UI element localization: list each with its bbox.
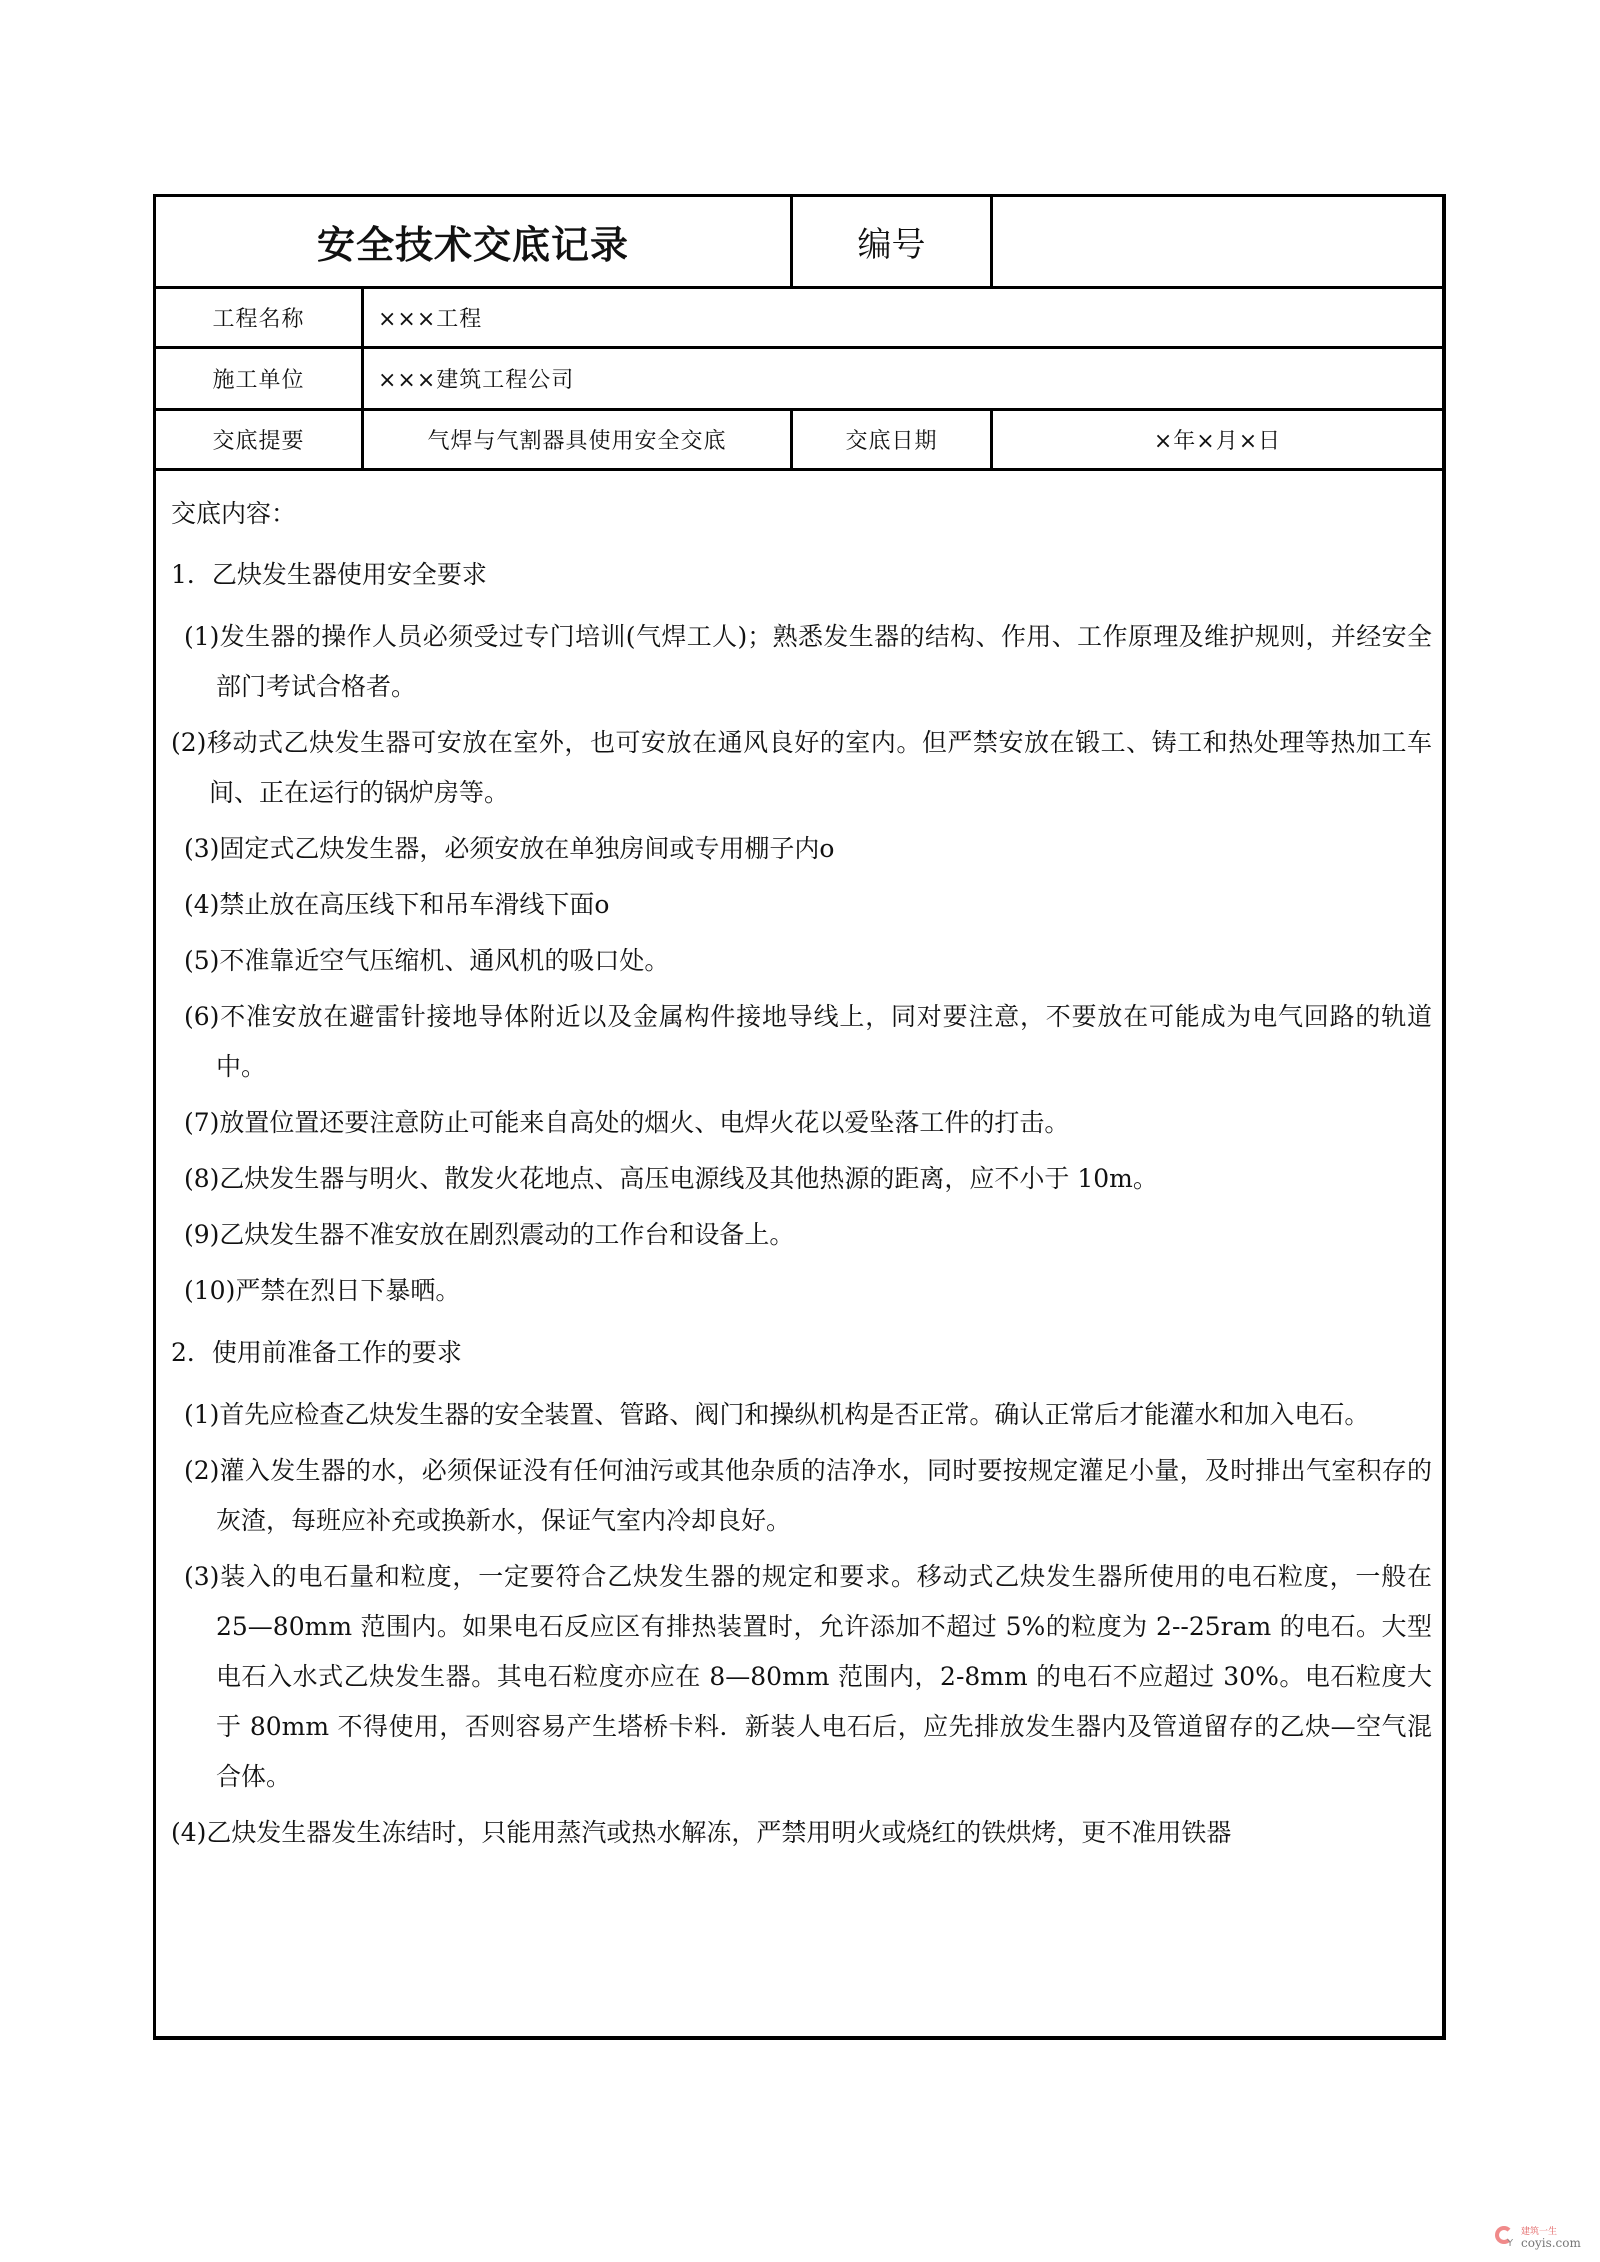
list-item: (10)严禁在烈日下暴晒。	[171, 1266, 1432, 1316]
list-item: (8)乙炔发生器与明火、散发火花地点、高压电源线及其他热源的距离，应不小于 10…	[171, 1154, 1432, 1204]
list-item: (2)移动式乙炔发生器可安放在室外，也可安放在通风良好的室内。但严禁安放在锻工、…	[171, 718, 1432, 818]
code-value-cell[interactable]	[990, 197, 1442, 286]
list-item: (3)装入的电石量和粒度，一定要符合乙炔发生器的规定和要求。移动式乙炔发生器所使…	[171, 1552, 1432, 1802]
date-label: 交底日期	[845, 424, 937, 455]
contractor-value: ×××建筑工程公司	[378, 363, 574, 394]
watermark-url-text: coyis.com	[1521, 2236, 1581, 2250]
list-item: (6)不准安放在避雷针接地导体附近以及金属构件接地导线上，同对要注意，不要放在可…	[171, 992, 1432, 1092]
list-item: (9)乙炔发生器不准安放在剧烈震动的工作台和设备上。	[171, 1210, 1432, 1260]
contractor-row: 施工单位 ×××建筑工程公司	[156, 349, 1442, 411]
summary-label: 交底提要	[212, 424, 304, 455]
list-item: (4)乙炔发生器发生冻结时，只能用蒸汽或热水解冻，严禁用明火或烧红的铁烘烤，更不…	[171, 1808, 1432, 1858]
contractor-label-cell: 施工单位	[156, 349, 361, 408]
list-item: (3)固定式乙炔发生器，必须安放在单独房间或专用棚子内ο	[171, 824, 1432, 874]
project-name-value: ×××工程	[378, 302, 482, 333]
list-item: (5)不准靠近空气压缩机、通风机的吸口处。	[171, 936, 1432, 986]
code-label-cell: 编号	[790, 197, 990, 286]
list-item: (1)首先应检查乙炔发生器的安全装置、管路、阀门和操纵机构是否正常。确认正常后才…	[171, 1390, 1432, 1440]
title-cell: 安全技术交底记录	[156, 197, 790, 286]
watermark-logo-y-icon: Y	[1507, 2238, 1513, 2249]
section-heading-1: 1．乙炔发生器使用安全要求	[171, 544, 1432, 606]
project-name-label-cell: 工程名称	[156, 289, 361, 346]
summary-value: 气焊与气割器具使用安全交底	[427, 424, 726, 455]
section-heading-2: 2．使用前准备工作的要求	[171, 1322, 1432, 1384]
contractor-label: 施工单位	[212, 363, 304, 394]
list-item: (4)禁止放在高压线下和吊车滑线下面ο	[171, 880, 1432, 930]
date-label-cell: 交底日期	[790, 411, 990, 468]
list-item: (7)放置位置还要注意防止可能来自高处的烟火、电焊火花以爱坠落工件的打击。	[171, 1098, 1432, 1148]
code-label: 编号	[858, 217, 926, 266]
list-item: (1)发生器的操作人员必须受过专门培训(气焊工人)；熟悉发生器的结构、作用、工作…	[171, 612, 1432, 712]
project-name-label: 工程名称	[212, 302, 304, 333]
list-item: (2)灌入发生器的水，必须保证没有任何油污或其他杂质的洁净水，同时要按规定灌足小…	[171, 1446, 1432, 1546]
date-value: ×年×月×日	[1154, 424, 1281, 455]
summary-value-cell[interactable]: 气焊与气割器具使用安全交底	[361, 411, 790, 468]
summary-row: 交底提要 气焊与气割器具使用安全交底 交底日期 ×年×月×日	[156, 411, 1442, 471]
date-value-cell[interactable]: ×年×月×日	[990, 411, 1442, 468]
document-title: 安全技术交底记录	[317, 214, 629, 269]
content-heading: 交底内容：	[171, 484, 1432, 544]
contractor-value-cell[interactable]: ×××建筑工程公司	[361, 349, 1442, 408]
briefing-content: 交底内容： 1．乙炔发生器使用安全要求 (1)发生器的操作人员必须受过专门培训(…	[156, 470, 1442, 2036]
project-name-row: 工程名称 ×××工程	[156, 289, 1442, 349]
safety-briefing-record-form: 安全技术交底记录 编号 工程名称 ×××工程 施工单位 ×××建筑工程公司 交底…	[153, 194, 1446, 2040]
project-name-value-cell[interactable]: ×××工程	[361, 289, 1442, 346]
summary-label-cell: 交底提要	[156, 411, 361, 468]
site-watermark: Y 建筑一生 coyis.com	[1495, 2226, 1595, 2256]
title-row: 安全技术交底记录 编号	[156, 197, 1442, 289]
